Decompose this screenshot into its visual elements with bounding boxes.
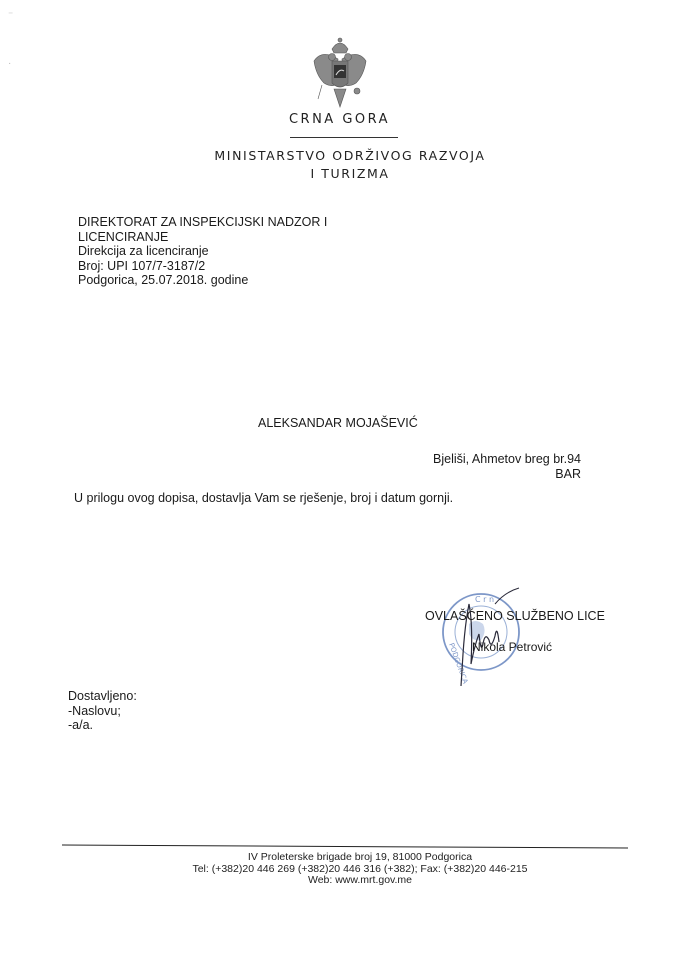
signatory-name: Nikola Petrović <box>472 640 552 654</box>
footer-address: IV Proleterske brigade broj 19, 81000 Po… <box>150 852 570 864</box>
signatory-title: OVLAŠĆENO SLUŽBENO LICE <box>425 609 605 623</box>
sender-block: DIREKTORAT ZA INSPEKCIJSKI NADZOR I LICE… <box>78 215 327 288</box>
place-date: Podgorica, 25.07.2018. godine <box>78 273 327 288</box>
address-city: BAR <box>433 467 581 482</box>
recipient-name: ALEKSANDAR MOJAŠEVIĆ <box>258 416 418 430</box>
directorate-line-2: LICENCIRANJE <box>78 230 327 245</box>
ministry-name: MINISTARSTVO ODRŽIVOG RAZVOJA I TURIZMA <box>150 147 550 183</box>
footer-web: Web: www.mrt.gov.me <box>150 875 570 887</box>
distribution-list: Dostavljeno: -Naslovu; -a/a. <box>68 689 137 733</box>
coat-of-arms-icon <box>310 35 370 113</box>
reference-number: Broj: UPI 107/7-3187/2 <box>78 259 327 274</box>
ministry-line-2: I TURIZMA <box>150 165 550 183</box>
department: Direkcija za licenciranje <box>78 244 327 259</box>
official-stamp-icon: C r n PODGORICA <box>425 584 521 688</box>
svg-text:C r n: C r n <box>475 595 494 604</box>
ministry-line-1: MINISTARSTVO ODRŽIVOG RAZVOJA <box>150 147 550 165</box>
footer: IV Proleterske brigade broj 19, 81000 Po… <box>150 852 570 887</box>
svg-text:PODGORICA: PODGORICA <box>447 642 469 685</box>
directorate-line-1: DIREKTORAT ZA INSPEKCIJSKI NADZOR I <box>78 215 327 230</box>
recipient-address: Bjeliši, Ahmetov breg br.94 BAR <box>433 452 581 482</box>
distribution-heading: Dostavljeno: <box>68 689 137 704</box>
address-line-1: Bjeliši, Ahmetov breg br.94 <box>433 452 581 467</box>
letter-body: U prilogu ovog dopisa, dostavlja Vam se … <box>74 491 453 505</box>
distribution-item: -a/a. <box>68 718 137 733</box>
scan-artifact: · <box>8 58 11 69</box>
distribution-item: -Naslovu; <box>68 704 137 719</box>
country-name: CRNA GORA <box>0 112 679 127</box>
scan-artifact: ⁻ <box>8 10 13 21</box>
footer-divider <box>62 845 628 849</box>
header-divider <box>290 137 398 138</box>
